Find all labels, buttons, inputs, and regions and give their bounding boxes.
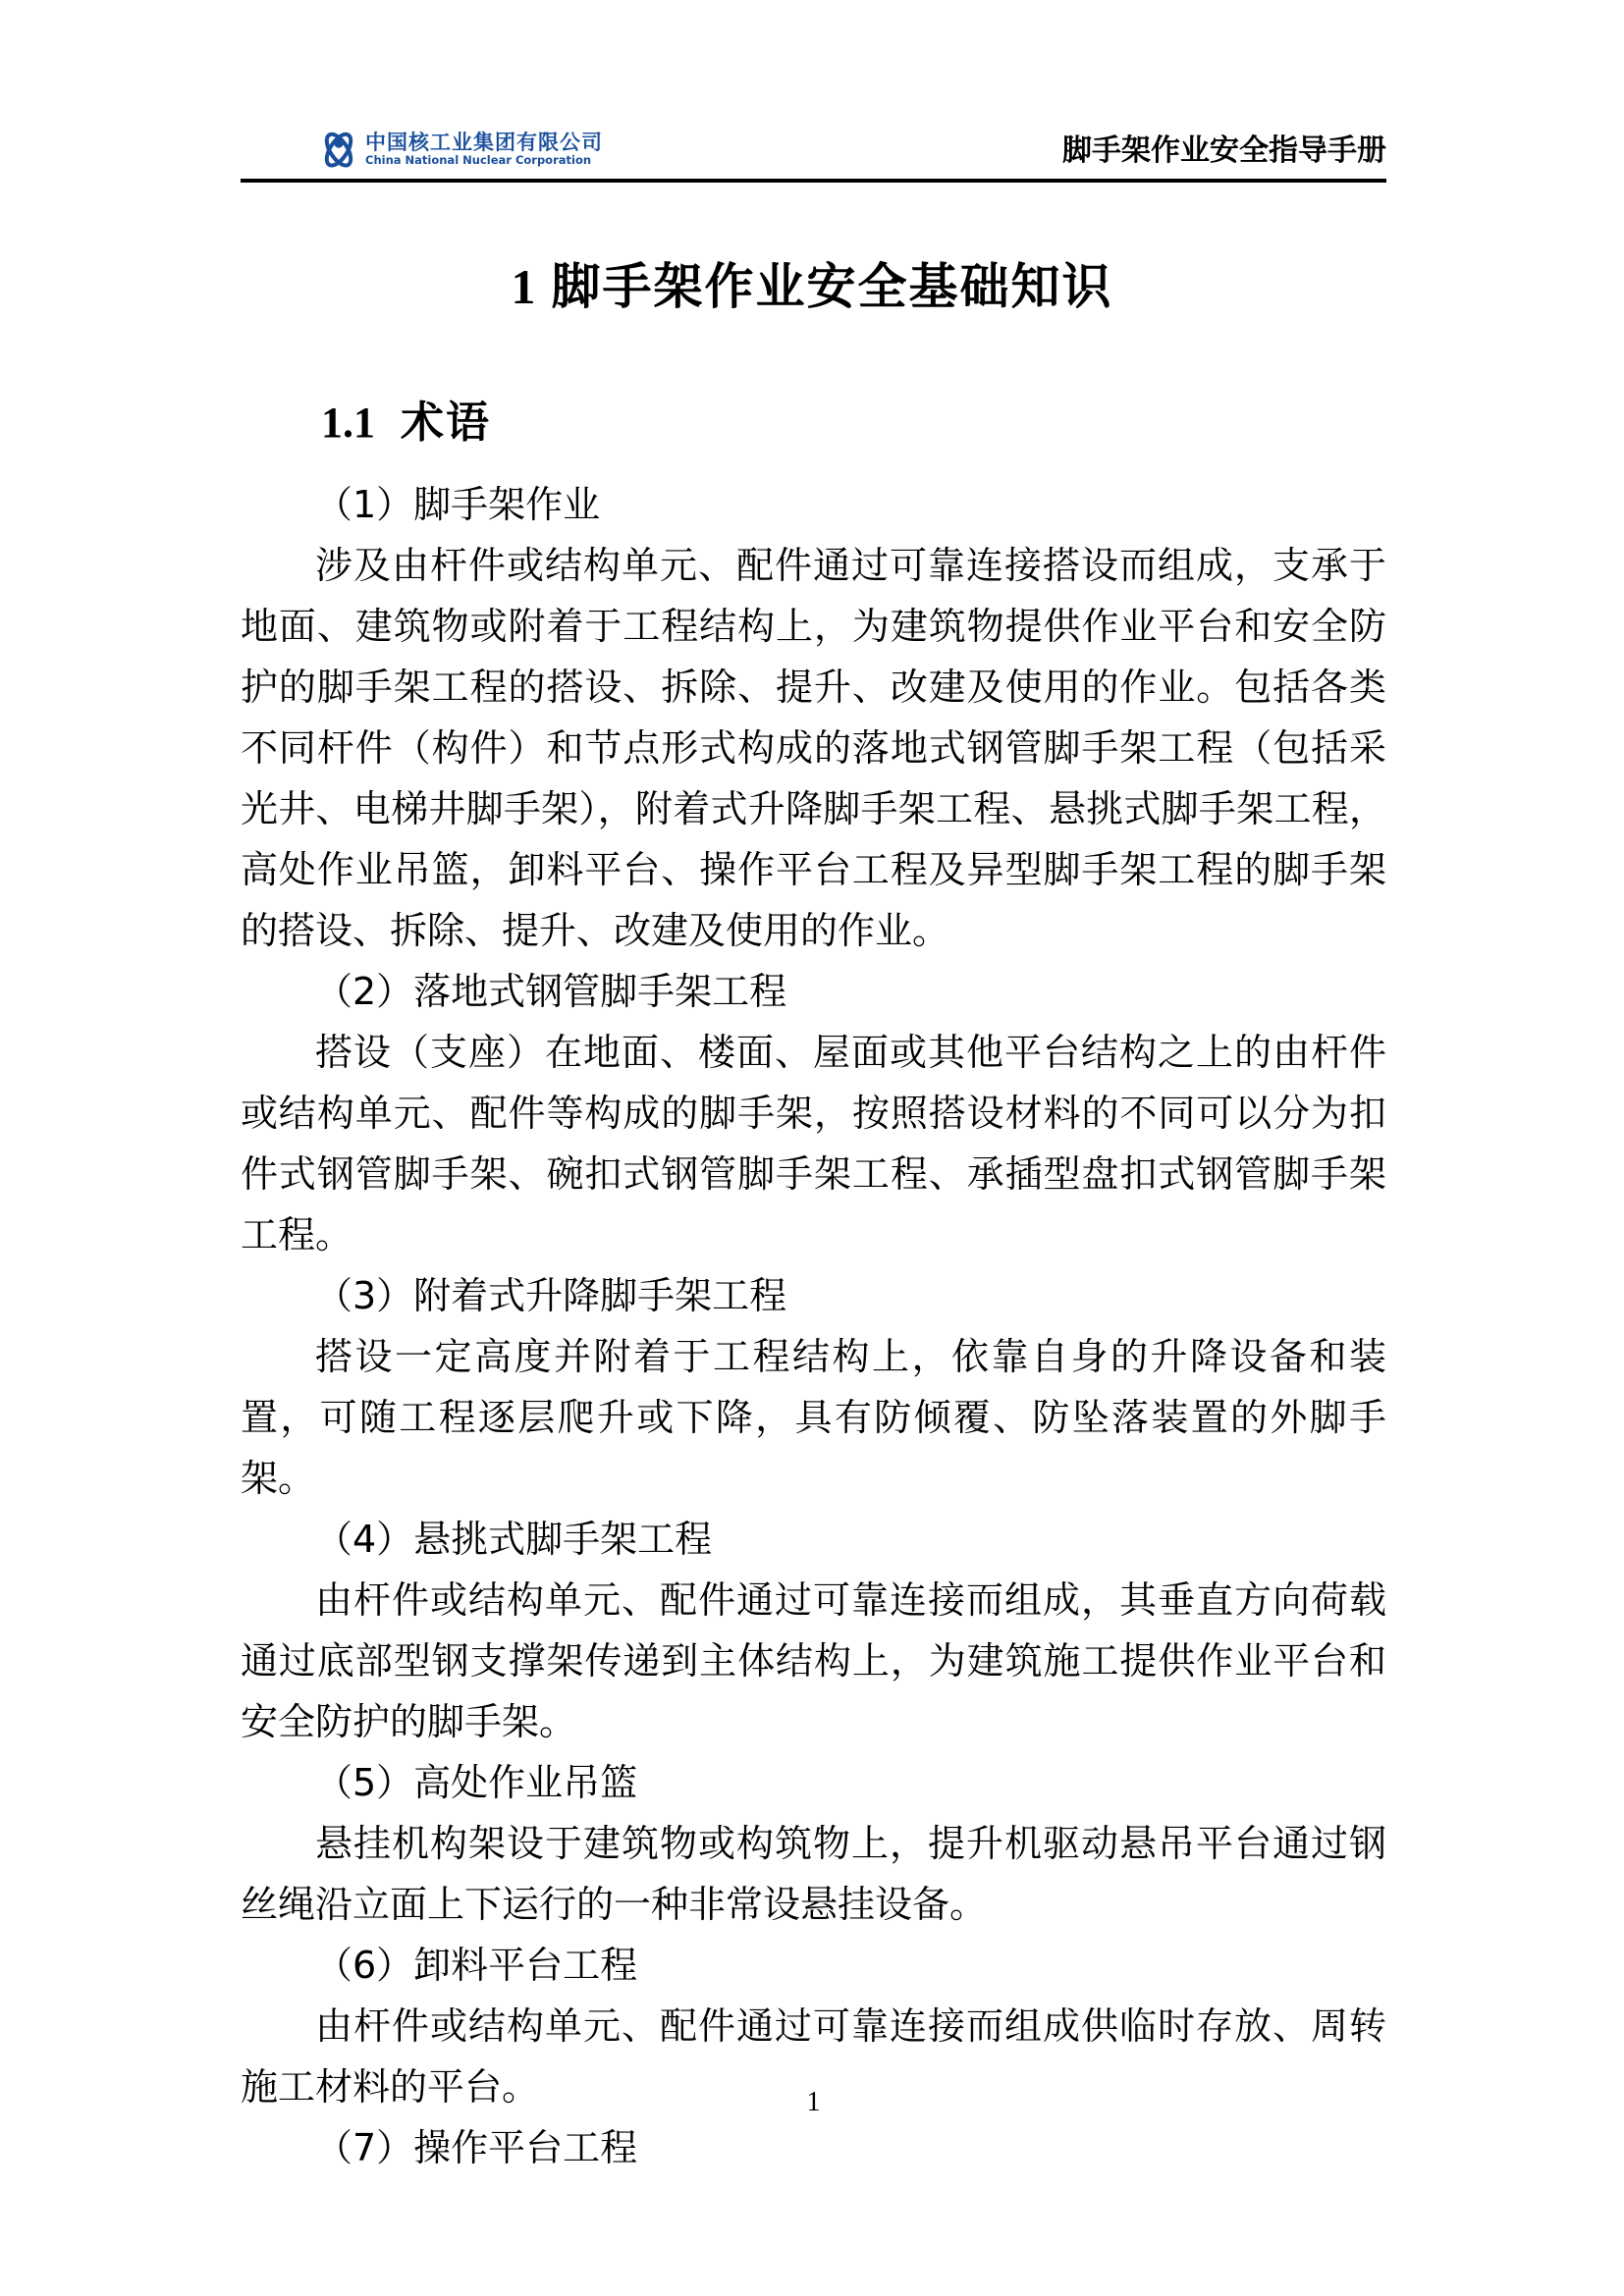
paragraph: 悬挂机构架设于建筑物或构筑物上，提升机驱动悬吊平台通过钢丝绳沿立面上下运行的一种… <box>241 1813 1386 1935</box>
paragraph: （6）卸料平台工程 <box>241 1935 1386 1996</box>
paragraph: 搭设（支座）在地面、楼面、屋面或其他平台结构之上的由杆件或结构单元、配件等构成的… <box>241 1022 1386 1265</box>
page-number: 1 <box>807 2087 821 2117</box>
body-paragraphs: （1）脚手架作业涉及由杆件或结构单元、配件通过可靠连接搭设而组成，支承于地面、建… <box>241 474 1386 2178</box>
company-name-cn: 中国核工业集团有限公司 <box>365 132 603 154</box>
page-header: 中国核工业集团有限公司 China National Nuclear Corpo… <box>241 126 1386 183</box>
atom-icon <box>319 126 358 173</box>
paragraph: （4）悬挑式脚手架工程 <box>241 1509 1386 1570</box>
chapter-title: 1脚手架作业安全基础知识 <box>0 247 1624 318</box>
paragraph: （1）脚手架作业 <box>241 474 1386 535</box>
section-number: 1.1 <box>321 399 375 447</box>
section-heading-text: 术语 <box>401 398 491 448</box>
company-logo: 中国核工业集团有限公司 China National Nuclear Corpo… <box>319 126 603 173</box>
paragraph: 搭设一定高度并附着于工程结构上，依靠自身的升降设备和装置，可随工程逐层爬升或下降… <box>241 1326 1386 1509</box>
paragraph: 涉及由杆件或结构单元、配件通过可靠连接搭设而组成，支承于地面、建筑物或附着于工程… <box>241 535 1386 961</box>
company-name-en: China National Nuclear Corporation <box>365 154 603 167</box>
paragraph: （7）操作平台工程 <box>241 2117 1386 2178</box>
paragraph: （2）落地式钢管脚手架工程 <box>241 961 1386 1022</box>
page-footer: 1 <box>241 2087 1386 2118</box>
logo-text: 中国核工业集团有限公司 China National Nuclear Corpo… <box>365 132 603 167</box>
paragraph: 由杆件或结构单元、配件通过可靠连接而组成，其垂直方向荷载通过底部型钢支撑架传递到… <box>241 1570 1386 1752</box>
document-title-header: 脚手架作业安全指导手册 <box>1062 126 1386 173</box>
chapter-number: 1 <box>512 259 536 314</box>
paragraph: （3）附着式升降脚手架工程 <box>241 1265 1386 1326</box>
section-heading: 1.1术语 <box>321 387 491 450</box>
chapter-title-text: 脚手架作业安全基础知识 <box>552 258 1113 315</box>
paragraph: （5）高处作业吊篮 <box>241 1752 1386 1813</box>
document-page: 中国核工业集团有限公司 China National Nuclear Corpo… <box>0 0 1624 2296</box>
